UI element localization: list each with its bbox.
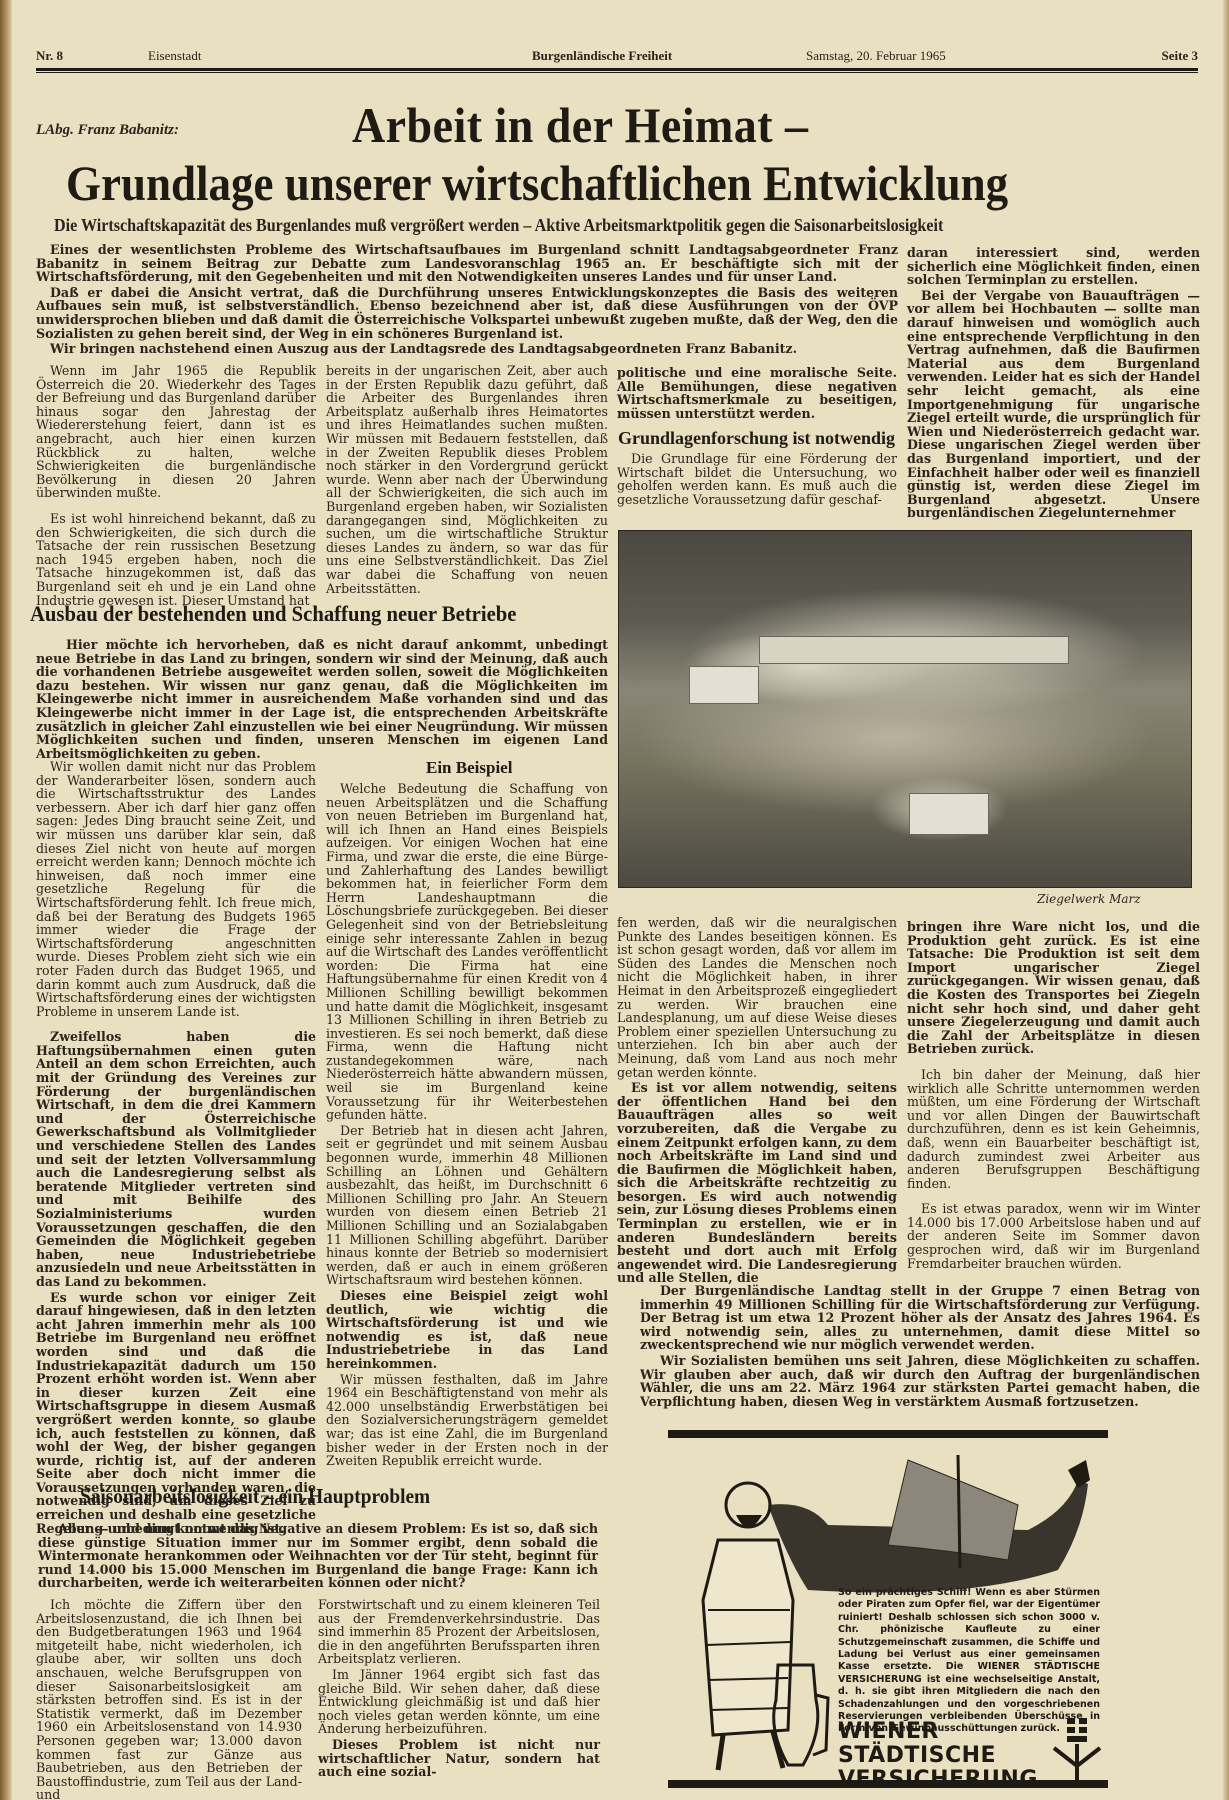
paragraph: bereits in der ungarischen Zeit, aber au… bbox=[326, 364, 608, 595]
paragraph: Es ist vor allem notwendig, seitens der … bbox=[617, 1081, 897, 1285]
photo-caption: Ziegelwerk Marz bbox=[1037, 892, 1141, 906]
wiener-staedtische-logo-icon bbox=[1052, 1718, 1102, 1782]
masthead: Nr. 8 Eisenstadt Burgenländische Freihei… bbox=[36, 48, 1198, 68]
paragraph: daran interessiert sind, werden sicherli… bbox=[907, 246, 1200, 287]
paragraph: Ich möchte die Ziffern über den Arbeitsl… bbox=[36, 1598, 302, 1800]
column-2-mid: Welche Bedeutung die Schaffung von neuen… bbox=[326, 782, 608, 1468]
brand-line: WIENER bbox=[838, 1720, 1038, 1744]
saison-lead: Aber — und nun kommt das Negative an die… bbox=[38, 1522, 598, 1590]
paragraph: Im Jänner 1964 ergibt sich fast das glei… bbox=[318, 1668, 600, 1736]
column-1-mid: Wir wollen damit nicht nur das Problem d… bbox=[36, 760, 316, 1535]
paragraph: Wir Sozialisten bemühen uns seit Jahren,… bbox=[640, 1354, 1200, 1408]
standfirst: Die Wirtschaftskapazität des Burgenlande… bbox=[54, 215, 1112, 236]
issue-number: Nr. 8 bbox=[36, 48, 63, 64]
paragraph: politische und eine moralische Seite. Al… bbox=[617, 366, 897, 420]
ad-body-text: So ein prächtiges Schiff! Wenn es aber S… bbox=[838, 1587, 1100, 1736]
issue-date: Samstag, 20. Februar 1965 bbox=[806, 48, 946, 64]
newspaper-page: Nr. 8 Eisenstadt Burgenländische Freihei… bbox=[22, 0, 1207, 1800]
paragraph: fen werden, daß wir die neuralgischen Pu… bbox=[617, 916, 897, 1079]
brand-line: STÄDTISCHE bbox=[838, 1744, 1038, 1768]
paragraph: Welche Bedeutung die Schaffung von neuen… bbox=[326, 782, 608, 1122]
paragraph: Dieses Problem ist nicht nur wirtschaftl… bbox=[318, 1738, 600, 1779]
column-1-top: Wenn im Jahr 1965 die Republik Österreic… bbox=[36, 364, 316, 607]
right-column-top: daran interessiert sind, werden sicherli… bbox=[907, 246, 1200, 520]
photo-hall bbox=[759, 636, 1069, 664]
paragraph: Aber — und nun kommt das Negative an die… bbox=[38, 1522, 598, 1590]
paragraph: Der Betrieb hat in diesen acht Jahren, s… bbox=[326, 1124, 608, 1287]
intro-paragraph: Daß er dabei die Ansicht vertrat, daß di… bbox=[36, 286, 898, 340]
insurance-advertisement: So ein prächtiges Schiff! Wenn es aber S… bbox=[668, 1430, 1118, 1788]
paragraph: Ich bin daher der Meinung, daß hier wirk… bbox=[907, 1068, 1200, 1190]
paragraph: Hier möchte ich hervorheben, daß es nich… bbox=[36, 638, 608, 760]
saison-column-2: Forstwirtschaft und zu einem kleineren T… bbox=[318, 1598, 600, 1779]
intro-paragraph: Wir bringen nachstehend einen Auszug aus… bbox=[36, 342, 898, 356]
author-kicker: LAbg. Franz Babanitz: bbox=[36, 122, 179, 139]
paragraph: Bei der Vergabe von Bauaufträgen — vor a… bbox=[907, 289, 1200, 520]
subhead-ausbau: Ausbau der bestehenden und Schaffung neu… bbox=[30, 601, 516, 627]
intro-paragraph: Eines der wesentlichsten Probleme des Wi… bbox=[36, 243, 898, 284]
column-4-mid: bringen ihre Ware nicht los, und die Pro… bbox=[907, 920, 1200, 1270]
paragraph: bringen ihre Ware nicht los, und die Pro… bbox=[907, 920, 1200, 1056]
city: Eisenstadt bbox=[148, 48, 201, 64]
photo-building bbox=[689, 666, 759, 704]
masthead-rule bbox=[36, 68, 1198, 73]
headline-line-2: Grundlage unserer wirtschaftlichen Entwi… bbox=[66, 154, 1065, 212]
subhead-ein-beispiel: Ein Beispiel bbox=[426, 758, 512, 778]
paragraph: Der Burgenländische Landtag stellt in de… bbox=[640, 1284, 1200, 1352]
closing-block: Der Burgenländische Landtag stellt in de… bbox=[640, 1284, 1200, 1408]
paragraph: Die Grundlage für eine Förderung der Wir… bbox=[617, 452, 897, 506]
paragraph: Es ist etwas paradox, wenn wir im Winter… bbox=[907, 1202, 1200, 1270]
page-number: Seite 3 bbox=[1162, 48, 1198, 64]
subhead-grundlagenforschung: Grundlagenforschung ist notwendig bbox=[618, 428, 895, 449]
ziegelwerk-photo bbox=[618, 530, 1192, 888]
amphora-icon bbox=[768, 1660, 833, 1770]
paragraph: Zweifellos haben die Haftungsübernahmen … bbox=[36, 1030, 316, 1288]
paragraph: Es ist wohl hinreichend bekannt, daß zu … bbox=[36, 512, 316, 607]
paragraph: Wenn im Jahr 1965 die Republik Österreic… bbox=[36, 364, 316, 500]
column-3-top-cont: Die Grundlage für eine Förderung der Wir… bbox=[617, 452, 897, 506]
column-2-top: bereits in der ungarischen Zeit, aber au… bbox=[326, 364, 608, 595]
paragraph: Wir wollen damit nicht nur das Problem d… bbox=[36, 760, 316, 1018]
ausbau-lead: Hier möchte ich hervorheben, daß es nich… bbox=[36, 638, 608, 760]
paragraph: Wir müssen festhalten, daß im Jahre 1964… bbox=[326, 1373, 608, 1468]
column-3-top: politische und eine moralische Seite. Al… bbox=[617, 366, 897, 420]
page-binding-edge bbox=[0, 0, 12, 1800]
subhead-saisonarbeitslosigkeit: Saisonarbeitslosigkeit – ein Hauptproble… bbox=[80, 1484, 430, 1509]
headline-line-1: Arbeit in der Heimat – bbox=[352, 96, 830, 154]
newspaper-name: Burgenländische Freiheit bbox=[532, 48, 672, 64]
paragraph: Forstwirtschaft und zu einem kleineren T… bbox=[318, 1598, 600, 1666]
ad-rule-bottom bbox=[668, 1780, 1108, 1788]
saison-column-1: Ich möchte die Ziffern über den Arbeitsl… bbox=[36, 1598, 302, 1800]
intro-block: Eines der wesentlichsten Probleme des Wi… bbox=[36, 243, 898, 356]
column-3-mid: fen werden, daß wir die neuralgischen Pu… bbox=[617, 916, 897, 1285]
paragraph: Dieses eine Beispiel zeigt wohl deutlich… bbox=[326, 1289, 608, 1371]
page-right-edge bbox=[1223, 0, 1229, 1800]
ad-rule-top bbox=[668, 1430, 1108, 1438]
photo-building bbox=[909, 793, 989, 835]
